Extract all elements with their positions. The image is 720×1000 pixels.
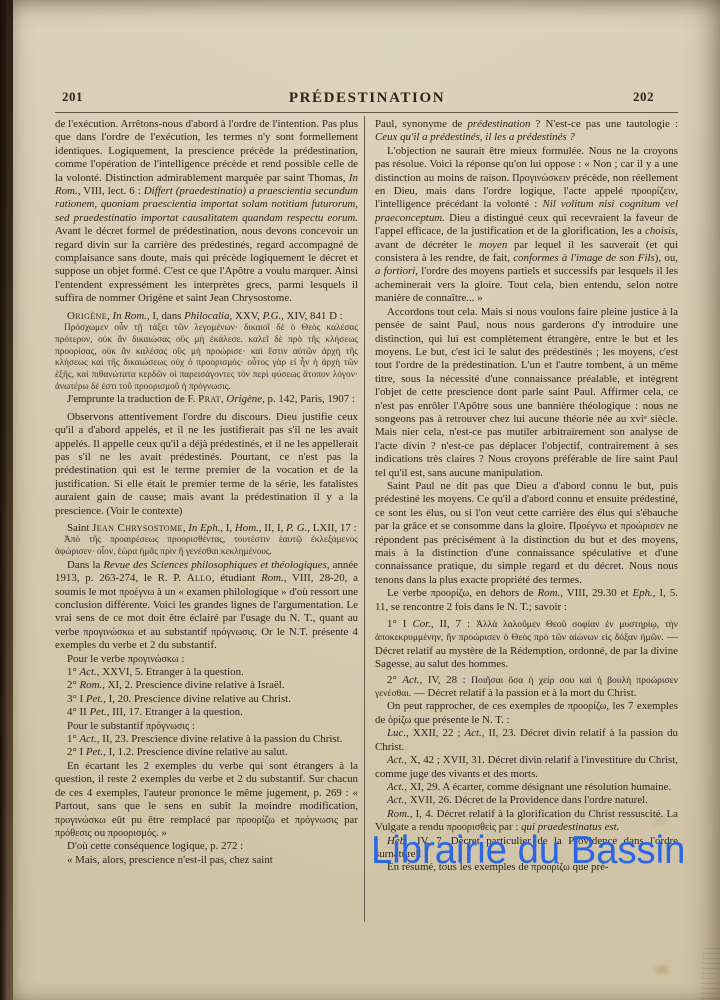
italic-text: Origène <box>226 393 262 405</box>
paragraph: L'objection ne saurait être mieux formul… <box>375 145 678 306</box>
italic-text: Pet. <box>86 693 103 705</box>
page-title: PRÉDESTINATION <box>55 90 679 107</box>
italic-text: Act. <box>80 733 97 745</box>
italic-text: Cor. <box>412 618 430 630</box>
paragraph: Pour le verbe προγινώσκω : <box>55 653 358 666</box>
paragraph: Dans la Revue des Sciences philosophique… <box>55 559 358 653</box>
italic-text: Nil volitum nisi cognitum vel praeconcep… <box>375 198 678 223</box>
greek-word: προορίζω <box>236 815 275 826</box>
bookseller-watermark: Librairie du Bassin <box>371 829 685 873</box>
text-column-left: de l'exécution. Arrêtons-nous d'abord à … <box>55 118 358 867</box>
small-caps-name: Jean Chrysostome <box>92 522 183 534</box>
italic-text: Act. <box>465 727 482 739</box>
greek-word: ὁρίζω <box>388 715 411 726</box>
greek-word: προώρισεν <box>621 521 665 532</box>
paragraph: Act., X, 42 ; XVII, 31. Décret divin rel… <box>375 754 678 781</box>
italic-text: a fortiori <box>375 265 415 277</box>
paper-stain <box>652 962 672 977</box>
paragraph: J'emprunte la traduction de F. Prat, Ori… <box>55 393 358 406</box>
italic-text: Pet. <box>90 706 107 718</box>
small-caps-name: Allo <box>187 572 212 584</box>
paragraph: 2° I Pet., I, 1.2. Prescience divine rel… <box>55 746 358 759</box>
italic-text: Act. <box>387 754 404 766</box>
italic-text: Act. <box>402 674 419 686</box>
italic-text: P.G. <box>263 310 282 322</box>
greek-word: προορισμός <box>108 828 156 839</box>
italic-text: Philocalia <box>184 310 229 322</box>
greek-word: προορίζω <box>568 701 607 712</box>
paragraph: « Mais, alors, prescience n'est-il pas, … <box>55 854 358 867</box>
paragraph: 2° Act., IV, 28 : Ποιῆσαι ὅσα ἡ χείρ σου… <box>375 674 678 701</box>
greek-word: προγινώσκω <box>55 815 106 826</box>
italic-text: Revue des Sciences philosophiques et thé… <box>103 559 326 571</box>
paragraph: Paul, synonyme de prédestination ? N'est… <box>375 118 678 145</box>
italic-text: Rom. <box>538 587 561 599</box>
paragraph: Pour le substantif πρόγνωσις : <box>55 720 358 733</box>
paragraph: de l'exécution. Arrêtons-nous d'abord à … <box>55 118 358 306</box>
paragraph: Act., XVII, 26. Décret de la Providence … <box>375 794 678 807</box>
italic-text: conformes à l'image de son Fils <box>513 252 655 264</box>
italic-text: Act. <box>387 781 404 793</box>
paragraph: On peut rapprocher, de ces exemples de π… <box>375 700 678 727</box>
italic-text: Act. <box>387 794 404 806</box>
paragraph: Observons attentivement l'ordre du disco… <box>55 411 358 518</box>
paragraph: Accordons tout cela. Mais si nous voulon… <box>375 306 678 480</box>
page-number-right: 202 <box>633 89 654 105</box>
text-column-right: Paul, synonyme de prédestination ? N'est… <box>375 118 678 875</box>
paragraph: En écartant les 2 exemples du verbe qui … <box>55 760 358 840</box>
italic-text: prédestination <box>467 118 530 130</box>
paragraph: 4° II Pet., III, 17. Etranger à la quest… <box>55 706 358 719</box>
greek-word: Ποιῆσαι ὅσα ἡ χείρ σου καὶ ἡ βουλὴ προώρ… <box>375 675 678 699</box>
greek-word: πρόθεσις <box>55 828 92 839</box>
small-caps-name: Prat <box>198 393 221 405</box>
paragraph: 2° Rom., XI, 2. Prescience divine relati… <box>55 679 358 692</box>
italic-text: Rom. <box>387 808 410 820</box>
paragraph: Le verbe προορίζω, en dehors de Rom., VI… <box>375 587 678 614</box>
greek-word: προγινώσκω <box>83 627 134 638</box>
italic-text: Rom. <box>80 679 103 691</box>
greek-quote: Πρόσχωμεν οὖν τῇ τάξει τῶν λεγομένων· δι… <box>55 323 358 393</box>
italic-text: Rom. <box>261 572 284 584</box>
italic-text: Ceux qu'il a prédestinés, il les a préde… <box>375 131 575 143</box>
paragraph: Saint Jean Chrysostome, In Eph., I, Hom.… <box>55 522 358 535</box>
book-gutter-shadow <box>0 0 13 1000</box>
paragraph: Origène, In Rom., I, dans Philocalia, XX… <box>55 310 358 323</box>
paragraph: D'où cette conséquence logique, p. 272 : <box>55 840 358 853</box>
italic-text: Pet. <box>86 746 103 758</box>
greek-word: πρόγνωσις <box>211 627 254 638</box>
paragraph: 1° Act., II, 23. Prescience divine relat… <box>55 733 358 746</box>
header-rule <box>55 112 678 113</box>
italic-text: In Rom. <box>112 310 146 322</box>
paragraph: 1° I Cor., II, 7 : Ἀλλὰ λαλοῦμεν Θεοῦ σο… <box>375 618 678 672</box>
greek-quote: Ἀπὸ τῆς προαιρέσεως προορισθέντας, τουτέ… <box>55 535 358 558</box>
column-divider <box>364 116 365 922</box>
italic-text: Hom. <box>235 522 259 534</box>
italic-text: Act. <box>80 666 97 678</box>
italic-text: Differt (praedestinatio) a praescientia … <box>55 185 358 224</box>
greek-word: προορίζω <box>431 588 470 599</box>
italic-text: Luc. <box>387 727 406 739</box>
greek-word: προορίζειν <box>631 186 675 197</box>
italic-text: Eph. <box>633 587 653 599</box>
paragraph: 1° Act., XXVI, 5. Etranger à la question… <box>55 666 358 679</box>
small-caps-name: Origène <box>67 310 107 322</box>
italic-text: choisis <box>645 225 675 237</box>
italic-text: moyen <box>479 239 507 251</box>
paragraph: Act., XI, 29. A écarter, comme désignant… <box>375 781 678 794</box>
greek-word: προέγνω <box>119 587 154 598</box>
greek-word: πρόγνωσις <box>146 721 189 732</box>
italic-text: P. G. <box>286 522 307 534</box>
paragraph: Saint Paul ne dit pas que Dieu a d'abord… <box>375 480 678 587</box>
paragraph: Luc., XXII, 22 ; Act., II, 23. Décret di… <box>375 727 678 754</box>
greek-word: πρόγνωσις <box>295 815 338 826</box>
greek-word: προγινώσκω <box>128 654 179 665</box>
italic-text: In Eph. <box>188 522 220 534</box>
greek-word: Προέγνω <box>569 521 606 532</box>
paragraph: 3° I Pet., I, 20. Prescience divine rela… <box>55 693 358 706</box>
page-edge-lines <box>701 948 720 1000</box>
greek-word: Προγινώσκειν <box>512 173 570 184</box>
